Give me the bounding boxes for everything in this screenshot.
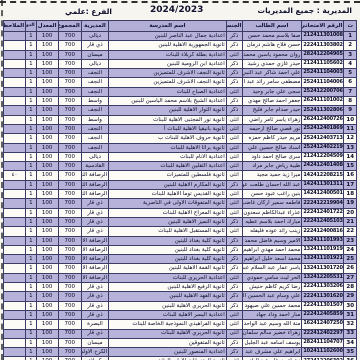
cell-total: 700 <box>58 41 81 50</box>
cell-total: 700 <box>58 273 81 282</box>
column-header-avg: المعدل <box>36 21 58 32</box>
table-row: 321624124072501منة الله وسيم عبد الواحد … <box>4 320 357 329</box>
scanned-results-page: المديرية : جميع المديريات 2024/2023 الفر… <box>0 0 360 360</box>
directorate-label: المديرية : جميع المديريات <box>258 6 352 15</box>
cell-avg: 100 <box>36 143 58 152</box>
cell-note <box>4 208 26 217</box>
cell-note <box>4 292 26 301</box>
cell-avg: 100 <box>36 245 58 254</box>
column-header-exam: الرقم الامتحاني <box>302 21 344 32</box>
cell-total: 700 <box>58 227 81 236</box>
cell-round: 1 <box>26 264 37 273</box>
cell-gender: ذكر <box>226 97 242 106</box>
cell-round: 1 <box>26 106 37 115</box>
cell-note <box>4 59 26 68</box>
cell-dir: ذي قار <box>81 329 108 338</box>
cell-avg: 100 <box>36 59 58 68</box>
cell-note <box>4 245 26 254</box>
table-row: 351024111026008ابراهيم علي مشرف عبد الحم… <box>4 348 357 357</box>
cell-gender: انثى <box>226 87 242 96</box>
cell-avg: 100 <box>36 162 58 171</box>
cell-no: 25 <box>344 255 357 264</box>
cell-dir: ديالى <box>81 32 108 41</box>
cell-total: 700 <box>58 162 81 171</box>
table-row: 22224113038021حسن فلاح هاشم درمانذكرثانو… <box>4 41 357 50</box>
cell-note <box>4 106 26 115</box>
cell-avg: 100 <box>36 180 58 189</box>
cell-dir: الرصافة الثالثة <box>81 190 108 199</box>
table-row: 222224124008168زينب رائد عوده فليفلهانثى… <box>4 227 357 236</box>
cell-exam: 1424113013110 <box>302 180 344 189</box>
cell-avg: 100 <box>36 171 58 180</box>
cell-avg: 100 <box>36 320 58 329</box>
cell-dir: ديالى <box>81 59 108 68</box>
table-row: 62524111040067مصطفى سامر رائد عبد الحميد… <box>4 78 357 87</box>
cell-gender: انثى <box>226 273 242 282</box>
cell-no: 15 <box>344 162 357 171</box>
cell-school: ثانوية المعراج الاهلية للبنات <box>109 208 227 217</box>
table-row: 152424124014085طيبة رياض جابر مرادانثىاع… <box>4 162 357 171</box>
cell-no: 8 <box>344 97 357 106</box>
cell-round: 1 <box>26 310 37 319</box>
cell-no: 11 <box>344 124 357 133</box>
cell-exam: 2424124014085 <box>302 162 344 171</box>
cell-note <box>4 199 26 208</box>
cell-gender: انثى <box>226 152 242 161</box>
cell-total: 700 <box>58 320 81 329</box>
cell-dir: واسط <box>81 97 108 106</box>
cell-total: 700 <box>58 338 81 347</box>
cell-dir: الرصافة الاولى <box>81 273 108 282</box>
cell-exam: 2224124051030 <box>302 217 344 226</box>
cell-round: 1 <box>26 208 37 217</box>
cell-round: 1 <box>26 78 37 87</box>
cell-school: ثانوية المتفوقين <box>109 338 227 347</box>
cell-name: منار احمد وداد جهاد <box>242 310 302 319</box>
cell-school: اعدادية الانام للبنات <box>109 152 227 161</box>
cell-avg: 100 <box>36 87 58 96</box>
cell-school: ثانوية نور المجتبى الاهلية للبنات <box>109 115 227 124</box>
cell-note <box>4 236 26 245</box>
cell-no: 31 <box>344 310 357 319</box>
cell-total: 700 <box>58 180 81 189</box>
cell-dir: ذي قار <box>81 217 108 226</box>
table-row: 251324111019214محمد اسعد خليل ابراهيمذكر… <box>4 255 357 264</box>
table-row: 181424124005017بنين راغب عبود حسنانثىثان… <box>4 190 357 199</box>
table-row: 261324113017208ياسر عمار عبد السلام عبد … <box>4 264 357 273</box>
column-header-no: ت <box>344 21 357 32</box>
column-header-gender: الجنس <box>226 21 242 32</box>
cell-gender: انثى <box>226 143 242 152</box>
cell-school: ثانوية الفراهيدي النموذجية الخاصة للبنات <box>109 320 227 329</box>
cell-name: جعفر احمد صالح مهدي <box>242 97 302 106</box>
cell-gender: ذكر <box>226 78 242 87</box>
table-header-row: تالرقم الامتحانياسم الطالبالجنساسم المدر… <box>4 21 357 32</box>
cell-avg: 100 <box>36 310 58 319</box>
cell-dir: النجف <box>81 124 108 133</box>
cell-exam: 2524124037130 <box>302 134 344 143</box>
cell-name: فاطمه سمير اركان غاضب <box>242 199 302 208</box>
cell-dir: البصرة <box>81 320 108 329</box>
cell-no: 9 <box>344 106 357 115</box>
cell-round: 1 <box>26 199 37 208</box>
cell-name: يوسف اسامه عبد الجليل شنيه <box>242 338 302 347</box>
cell-round: 1 <box>26 115 37 124</box>
cell-round: 1 <box>26 59 37 68</box>
cell-no: 12 <box>344 134 357 143</box>
cell-dir: الرصافة الثالثة <box>81 171 108 180</box>
cell-note: ٤٠ <box>4 171 26 180</box>
cell-school: اعدادية جمال عبد الناصر للبنين <box>109 32 227 41</box>
cell-gender: انثى <box>226 190 242 199</box>
cell-total: 700 <box>58 152 81 161</box>
cell-name: حيدر صدام جابر فليح <box>242 106 302 115</box>
column-header-note: الملاحظات <box>4 21 26 32</box>
cell-round: 1 <box>26 69 37 78</box>
cell-no: 20 <box>344 208 357 217</box>
cell-gender: ذكر <box>226 217 242 226</box>
cell-exam: 2524111040067 <box>302 78 344 87</box>
cell-avg: 100 <box>36 115 58 124</box>
cell-round: 1 <box>26 283 37 292</box>
cell-no: 7 <box>344 87 357 96</box>
cell-name: مبارك احمد بلاسم عطيه <box>242 217 302 226</box>
cell-exam: 2624124007263 <box>302 115 344 124</box>
cell-total: 700 <box>58 59 81 68</box>
cell-exam: 2824111047070 <box>302 338 344 347</box>
cell-name: روان محمود ياسين محمد <box>242 50 302 59</box>
cell-round: 1 <box>26 143 37 152</box>
cell-name: صفا بلاسم محمد حسن <box>242 32 302 41</box>
cell-dir: ذي قار <box>81 199 108 208</box>
cell-round: 1 <box>26 255 37 264</box>
table-row: 282224113032069رضا كريم كاظم حنيشذكرثانو… <box>4 283 357 292</box>
year-label: 2024/2023 <box>150 5 203 15</box>
cell-school: ثانوية الفهد الاهلية للبنين <box>109 292 227 301</box>
cell-name: سرى صالح احمد داود <box>242 152 302 161</box>
cell-note <box>4 180 26 189</box>
cell-name: حيدر غازي حمدي رشيد <box>242 59 302 68</box>
cell-total: 700 <box>58 245 81 254</box>
cell-exam: 2824122049058 <box>302 50 344 59</box>
cell-avg: 100 <box>36 32 58 41</box>
table-row: 332224124022977زهراء خضير سالم سلمانانثى… <box>4 329 357 338</box>
column-header-school: اسم المدرسة <box>109 21 227 32</box>
cell-total: 700 <box>58 264 81 273</box>
cell-total: 700 <box>58 190 81 199</box>
cell-avg: 100 <box>36 152 58 161</box>
cell-no: 13 <box>344 143 357 152</box>
cell-no: 33 <box>344 329 357 338</box>
table-row: 82624111010022جعفر احمد صالح مهديذكراعدا… <box>4 97 357 106</box>
cell-dir: النجف <box>81 106 108 115</box>
cell-note <box>4 310 26 319</box>
cell-note <box>4 301 26 310</box>
cell-exam: 2224113015073 <box>302 301 344 310</box>
cell-school: ثانوية النجف الاشرف للمتميزين <box>109 78 227 87</box>
table-row: 142124122045094سرى صالح احمد داودانثىاعد… <box>4 152 357 161</box>
results-table: تالرقم الامتحانياسم الطالبالجنساسم المدر… <box>3 20 357 360</box>
cell-school: ثانوية القمة الاهلية للبنين <box>109 264 227 273</box>
cell-exam: 2224113032069 <box>302 283 344 292</box>
cell-gender: ذكر <box>226 255 242 264</box>
cell-avg: 100 <box>36 264 58 273</box>
cell-name: ميرا زيد حميد مجيد <box>242 171 302 180</box>
cell-name: زينب رائد عوده فليفله <box>242 227 302 236</box>
cell-dir: ذي قار <box>81 227 108 236</box>
cell-dir: القادسية <box>81 162 108 171</box>
cell-name: نور قصي صالح ارحيمه <box>242 124 302 133</box>
cell-exam: 2224122199049 <box>302 199 344 208</box>
cell-dir: ذي قار <box>81 292 108 301</box>
cell-no: 23 <box>344 236 357 245</box>
cell-round: 1 <box>26 162 37 171</box>
cell-avg: 100 <box>36 329 58 338</box>
cell-gender: انثى <box>226 208 242 217</box>
cell-round: 1 <box>26 245 37 254</box>
column-header-name: اسم الطالب <box>242 21 302 32</box>
cell-school: اعدادية المنصور للبنين <box>109 348 227 357</box>
cell-dir: الرصافة الثالثة <box>81 180 108 189</box>
cell-note <box>4 78 26 87</box>
cell-note <box>4 283 26 292</box>
cell-total: 700 <box>58 329 81 338</box>
cell-exam: 2224124058598 <box>302 310 344 319</box>
cell-dir: النجف <box>81 78 108 87</box>
cell-round: 1 <box>26 348 37 357</box>
cell-school: ثانوية المتفوقات الاولى في الناصرية <box>109 199 227 208</box>
cell-school: ثانوية كلية بغداد للبنين <box>109 236 227 245</box>
cell-note <box>4 273 26 282</box>
cell-name: اسناد صالح حسين علي <box>242 143 302 152</box>
cell-gender: ذكر <box>226 245 242 254</box>
table-row: 72524122007068سجى علي جابر وحيدانثىاعداد… <box>4 87 357 96</box>
cell-round: 1 <box>26 190 37 199</box>
cell-note <box>4 97 26 106</box>
cell-total: 700 <box>58 78 81 87</box>
top-dashed-border <box>0 1 360 3</box>
cell-name: بنين راغب عبود حسن <box>242 190 302 199</box>
cell-exam: 2524113028061 <box>302 106 344 115</box>
cell-round: 1 <box>26 124 37 133</box>
cell-name: محمد اسعد خليل ابراهيم <box>242 255 302 264</box>
table-row: 241324111019191محمد احمد مهدي ابراهيمذكر… <box>4 245 357 254</box>
cell-gender: انثى <box>226 134 242 143</box>
cell-note <box>4 115 26 124</box>
cell-avg: 100 <box>36 97 58 106</box>
cell-school: اعدادية الصباح للبنات <box>109 87 227 96</box>
cell-round: 1 <box>26 180 37 189</box>
table-row: 271324122055319الحر ليث سامي حموديانثىاع… <box>4 273 357 282</box>
cell-total: 700 <box>58 255 81 264</box>
cell-avg: 100 <box>36 69 58 78</box>
cell-no: 10 <box>344 115 357 124</box>
cell-round: 1 <box>26 217 37 226</box>
cell-total: 700 <box>58 292 81 301</box>
cell-name: عذراء عبدالكاظم سعدون سلمان <box>242 208 302 217</box>
table-row: 112524124018694نور قصي صالح ارحيمهانثىثا… <box>4 124 357 133</box>
cell-total: 700 <box>58 87 81 96</box>
cell-dir: النجف <box>81 143 108 152</box>
cell-gender: ذكر <box>226 264 242 273</box>
table-row: 52524111040036علي احمد شاكر عبد النبيذكر… <box>4 69 357 78</box>
cell-avg: 100 <box>36 301 58 310</box>
cell-school: ثانوية المستقبل الاهلية للبنات <box>109 227 227 236</box>
cell-school: اعدادية الثقلين الاهلية للبنات <box>109 162 227 171</box>
cell-exam: 2624111010022 <box>302 97 344 106</box>
cell-total: 700 <box>58 236 81 245</box>
cell-round: 1 <box>26 32 37 41</box>
cell-avg: 100 <box>36 255 58 264</box>
cell-round: 1 <box>26 41 37 50</box>
cell-note <box>4 217 26 226</box>
cell-round: 1 <box>26 50 37 59</box>
cell-avg: 100 <box>36 217 58 226</box>
cell-note <box>4 134 26 143</box>
cell-gender: انثى <box>226 115 242 124</box>
cell-total: 700 <box>58 348 81 357</box>
cell-total: 700 <box>58 32 81 41</box>
cell-school: ثانوية الحريري الاهلية للبنين <box>109 301 227 310</box>
cell-dir: ذي قار <box>81 283 108 292</box>
cell-dir: ذي قار <box>81 301 108 310</box>
cell-exam: 2224124022977 <box>302 329 344 338</box>
cell-note <box>4 124 26 133</box>
table-row: 32824122049058روان محمود ياسين محمدانثىا… <box>4 50 357 59</box>
cell-exam: 1324111019214 <box>302 255 344 264</box>
cell-avg: 100 <box>36 273 58 282</box>
cell-avg: 100 <box>36 227 58 236</box>
cell-avg: 100 <box>36 236 58 245</box>
cell-exam: 1324111019191 <box>302 245 344 254</box>
cell-exam: 2524124022195 <box>302 143 344 152</box>
cell-exam: 2124122045094 <box>302 152 344 161</box>
cell-exam: 1324113017208 <box>302 264 344 273</box>
cell-round: 1 <box>26 301 37 310</box>
cell-no: 26 <box>344 264 357 273</box>
cell-total: 700 <box>58 208 81 217</box>
cell-exam: 1424122082154 <box>302 171 344 180</box>
cell-total: 700 <box>58 106 81 115</box>
table-body: 12124113010089صفا بلاسم محمد حسنذكراعداد… <box>4 32 357 360</box>
cell-exam: 2124113010089 <box>302 32 344 41</box>
cell-exam: 2224124008168 <box>302 227 344 236</box>
cell-total: 700 <box>58 50 81 59</box>
cell-exam: 1024111026008 <box>302 348 344 357</box>
cell-no: 6 <box>344 78 357 87</box>
cell-school: ثانوية المكارم الاهلية للبنين <box>109 180 227 189</box>
cell-exam: 1324111019933 <box>302 236 344 245</box>
cell-name: علي احمد شاكر عبد النبي <box>242 69 302 78</box>
table-row: 202224124017226عذراء عبدالكاظم سعدون سلم… <box>4 208 357 217</box>
cell-total: 700 <box>58 143 81 152</box>
table-row: 292224113016207علي وسام عبد الحسين الحنف… <box>4 292 357 301</box>
cell-gender: ذكر <box>226 59 242 68</box>
cell-school: ثانوية الثوار الاهلية للبنين <box>109 106 227 115</box>
cell-gender: انثى <box>226 227 242 236</box>
cell-total: 700 <box>58 283 81 292</box>
cell-school: ثانوية فلسطين للمتميزات <box>109 171 227 180</box>
cell-total: 700 <box>58 199 81 208</box>
cell-note <box>4 87 26 96</box>
cell-note <box>4 41 26 50</box>
cell-name: علي وسام عبد الحسين الحنفي <box>242 292 302 301</box>
page-header: المديرية : جميع المديريات 2024/2023 الفر… <box>0 4 360 20</box>
cell-name: محمد احمد مهدي ابراهيم <box>242 245 302 254</box>
cell-note <box>4 348 26 357</box>
cell-avg: 100 <box>36 106 58 115</box>
table-row: 212224124051030مبارك احمد بلاسم عطيهذكرث… <box>4 217 357 226</box>
cell-no: 30 <box>344 301 357 310</box>
cell-total: 700 <box>58 124 81 133</box>
cell-gender: انثى <box>226 329 242 338</box>
cell-gender: ذكر <box>226 41 242 50</box>
cell-no: 27 <box>344 273 357 282</box>
cell-exam: 2524124018694 <box>302 124 344 133</box>
cell-name: مريم حيدر كاظم حمزه <box>242 134 302 143</box>
column-header-dir: المديرية <box>81 21 108 32</box>
cell-note <box>4 143 26 152</box>
cell-avg: 100 <box>36 190 58 199</box>
cell-school: اعدادية بطلة كربلاء للبنات <box>109 50 227 59</box>
cell-note <box>4 152 26 161</box>
cell-school: اعدادية ابن الرومية للبنين <box>109 59 227 68</box>
cell-name: طيبة رياض جابر مراد <box>242 162 302 171</box>
cell-name: محمد حسين علي صيهود <box>242 301 302 310</box>
cell-dir: ذي قار <box>81 310 108 319</box>
cell-school: ثانوية الجمهورية الاهلية للبنين <box>109 41 227 50</box>
cell-avg: 100 <box>36 134 58 143</box>
cell-total: 700 <box>58 115 81 124</box>
cell-dir: ذي قار <box>81 208 108 217</box>
cell-dir: ذي قار <box>81 41 108 50</box>
cell-total: 700 <box>58 171 81 180</box>
cell-round: 1 <box>26 152 37 161</box>
cell-round: 1 <box>26 273 37 282</box>
cell-name: زهراء خضير سالم سلمان <box>242 329 302 338</box>
cell-name: الحر ليث سامي حمودي <box>242 273 302 282</box>
table-row: 132524124022195اسناد صالح حسين عليانثىثا… <box>4 143 357 152</box>
cell-dir: الرصافة الاولى <box>81 264 108 273</box>
cell-name: مصطفى سامر رائد عبد الحميد <box>242 78 302 87</box>
cell-total: 700 <box>58 301 81 310</box>
cell-avg: 100 <box>36 124 58 133</box>
cell-note <box>4 50 26 59</box>
cell-exam: 1324122055319 <box>302 273 344 282</box>
table-header: تالرقم الامتحانياسم الطالبالجنساسم المدر… <box>4 21 357 32</box>
table-row: 12124113010089صفا بلاسم محمد حسنذكراعداد… <box>4 32 357 41</box>
cell-no: 24 <box>344 245 357 254</box>
cell-name: عبد الله احسان طلعت عوده <box>242 180 302 189</box>
cell-round: 1 <box>26 338 37 347</box>
cell-no: 18 <box>344 190 357 199</box>
cell-total: 700 <box>58 69 81 78</box>
cell-gender: ذكر <box>226 32 242 41</box>
cell-note <box>4 190 26 199</box>
cell-name: الامير وسيم فاضل محمد <box>242 236 302 245</box>
cell-name: رضا كريم كاظم حنيش <box>242 283 302 292</box>
cell-gender: ذكر <box>226 106 242 115</box>
cell-school: ثانوية النجف الاشرف للمتميزين <box>109 69 227 78</box>
cell-no: 2 <box>344 41 357 50</box>
cell-no: 17 <box>344 180 357 189</box>
cell-exam: 2124111056023 <box>302 59 344 68</box>
cell-note <box>4 32 26 41</box>
cell-round: 1 <box>26 329 37 338</box>
cell-gender: انثى <box>226 50 242 59</box>
table-row: 92524113028061حيدر صدام جابر فليحذكرثانو… <box>4 106 357 115</box>
cell-dir: ميسان <box>81 50 108 59</box>
